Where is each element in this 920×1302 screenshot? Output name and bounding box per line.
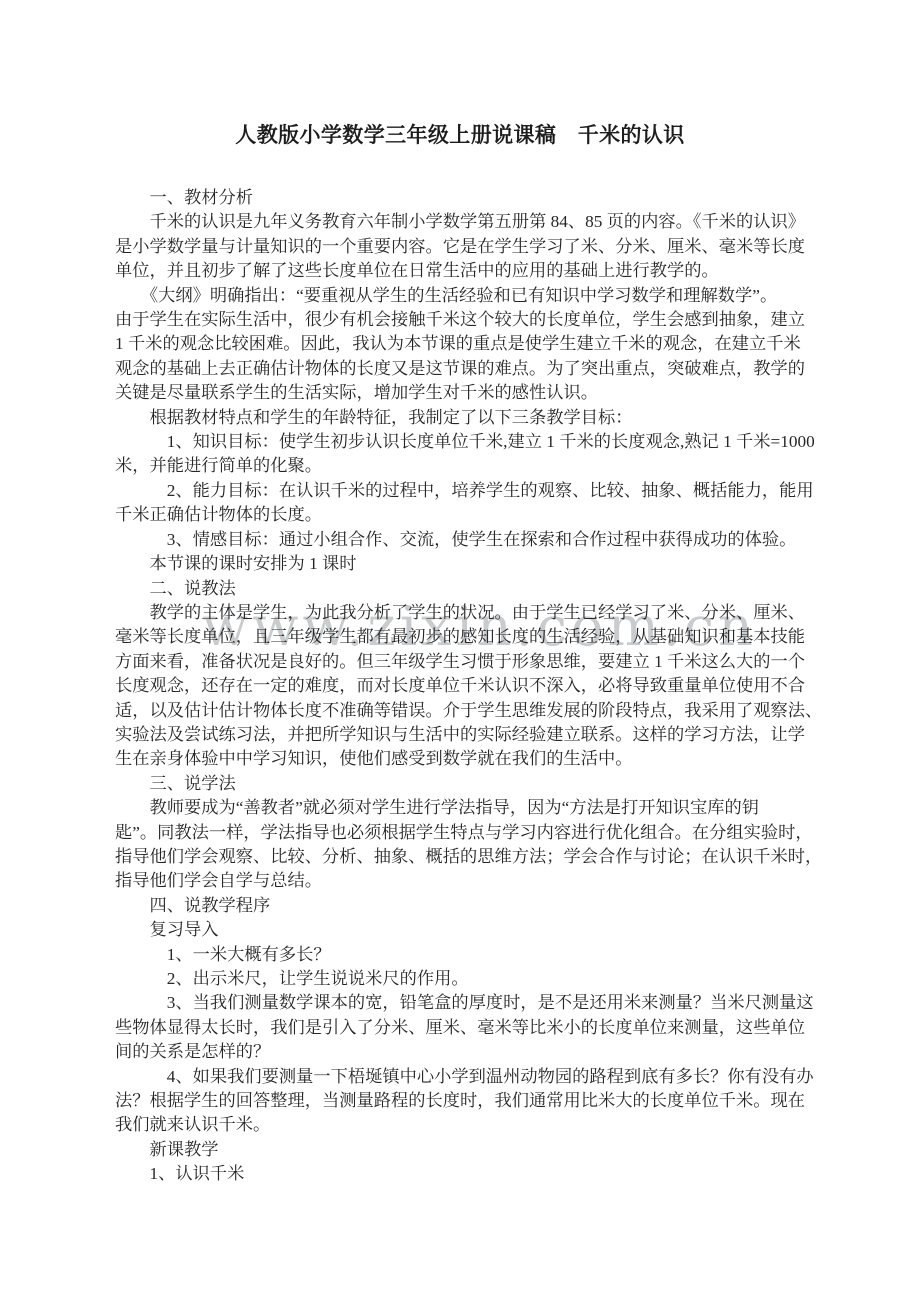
text-line-19: 毫米等长度单位，且三年级学生都有最初步的感知长度的生活经验，从基础知识和基本技能 xyxy=(115,625,805,649)
text-line-26: 教师要成为“善教者”就必须对学生进行学法指导，因为“方法是打开知识宝库的钥 xyxy=(115,796,805,820)
text-line-30: 四、说教学程序 xyxy=(115,894,805,918)
text-line-27: 匙”。同教法一样，学法指导也必须根据学生特点与学习内容进行优化组合。在分组实验时… xyxy=(115,821,805,845)
text-line-12: 米，并能进行简单的化聚。 xyxy=(115,454,805,478)
text-line-2: 千米的认识是九年义务教育六年制小学数学第五册第 84、85 页的内容。《千米的认… xyxy=(115,210,805,234)
text-line-37: 4、如果我们要测量一下梧埏镇中心小学到温州动物园的路程到底有多长？你有没有办 xyxy=(115,1065,805,1089)
text-line-3: 是小学数学量与计量知识的一个重要内容。它是在学生学习了米、分米、厘米、毫米等长度 xyxy=(115,235,805,259)
text-line-8: 观念的基础上去正确估计物体的长度又是这节课的难点。为了突出重点，突破难点，教学的 xyxy=(115,357,805,381)
text-line-11: 1、知识目标：使学生初步认识长度单位千米,建立 1 千米的长度观念,熟记 1 千… xyxy=(115,430,805,454)
text-line-6: 由于学生在实际生活中，很少有机会接触千米这个较大的长度单位，学生会感到抽象，建立 xyxy=(115,308,805,332)
text-line-29: 指导他们学会自学与总结。 xyxy=(115,869,805,893)
text-line-17: 二、说教法 xyxy=(115,577,805,601)
text-line-38: 法？根据学生的回答整理，当测量路程的长度时，我们通常用比米大的长度单位千米。现在 xyxy=(115,1089,805,1113)
text-line-10: 根据教材特点和学生的年龄特征，我制定了以下三条教学目标： xyxy=(115,406,805,430)
text-line-21: 长度观念，还存在一定的难度，而对长度单位千米认识不深入，必将导致重量单位使用不合 xyxy=(115,674,805,698)
text-line-35: 些物体显得太长时，我们是引入了分米、厘米、毫米等比米小的长度单位来测量，这些单位 xyxy=(115,1016,805,1040)
text-line-23: 实验法及尝试练习法，并把所学知识与生活中的实际经验建立联系。这样的学习方法，让学 xyxy=(115,723,805,747)
document-page: 人教版小学数学三年级上册说课稿 千米的认识 www.zixin.com.cn 一… xyxy=(0,0,920,1302)
text-line-9: 关键是尽量联系学生的生活实际，增加学生对千米的感性认识。 xyxy=(115,381,805,405)
text-line-14: 千米正确估计物体的长度。 xyxy=(115,503,805,527)
text-line-7: 1 千米的观念比较困难。因此，我认为本节课的重点是使学生建立千米的观念，在建立千… xyxy=(115,332,805,356)
text-line-36: 间的关系是怎样的？ xyxy=(115,1040,805,1064)
document-body: 一、教材分析 千米的认识是九年义务教育六年制小学数学第五册第 84、85 页的内… xyxy=(115,186,805,1187)
text-line-33: 2、出示米尺，让学生说说米尺的作用。 xyxy=(115,967,805,991)
text-line-16: 本节课的课时安排为 1 课时 xyxy=(115,552,805,576)
text-line-22: 适，以及估计估计物体长度不准确等错误。介于学生思维发展的阶段特点，我采用了观察法… xyxy=(115,699,805,723)
text-line-13: 2、能力目标：在认识千米的过程中，培养学生的观察、比较、抽象、概括能力，能用 xyxy=(115,479,805,503)
text-line-40: 新课教学 xyxy=(115,1138,805,1162)
text-line-28: 指导他们学会观察、比较、分析、抽象、概括的思维方法；学会合作与讨论；在认识千米时… xyxy=(115,845,805,869)
document-title: 人教版小学数学三年级上册说课稿 千米的认识 xyxy=(0,121,920,149)
text-line-24: 生在亲身体验中中学习知识，使他们感受到数学就在我们的生活中。 xyxy=(115,747,805,771)
text-line-25: 三、说学法 xyxy=(115,772,805,796)
text-line-31: 复习导入 xyxy=(115,918,805,942)
text-line-34: 3、当我们测量数学课本的宽，铅笔盒的厚度时，是不是还用米来测量？当米尺测量这 xyxy=(115,991,805,1015)
text-line-18: 教学的主体是学生，为此我分析了学生的状况。由于学生已经学习了米、分米、厘米、 xyxy=(115,601,805,625)
text-line-4: 单位，并且初步了解了这些长度单位在日常生活中的应用的基础上进行教学的。 xyxy=(115,259,805,283)
text-line-41: 1、认识千米 xyxy=(115,1162,805,1186)
text-line-5: 《大纲》明确指出：“要重视从学生的生活经验和已有知识中学习数学和理解数学”。 xyxy=(115,284,805,308)
text-line-20: 方面来看，准备状况是良好的。但三年级学生习惯于形象思维，要建立 1 千米这么大的… xyxy=(115,650,805,674)
text-line-39: 我们就来认识千米。 xyxy=(115,1113,805,1137)
text-line-32: 1、一米大概有多长？ xyxy=(115,943,805,967)
text-line-1: 一、教材分析 xyxy=(115,186,805,210)
text-line-15: 3、情感目标：通过小组合作、交流，使学生在探索和合作过程中获得成功的体验。 xyxy=(115,528,805,552)
